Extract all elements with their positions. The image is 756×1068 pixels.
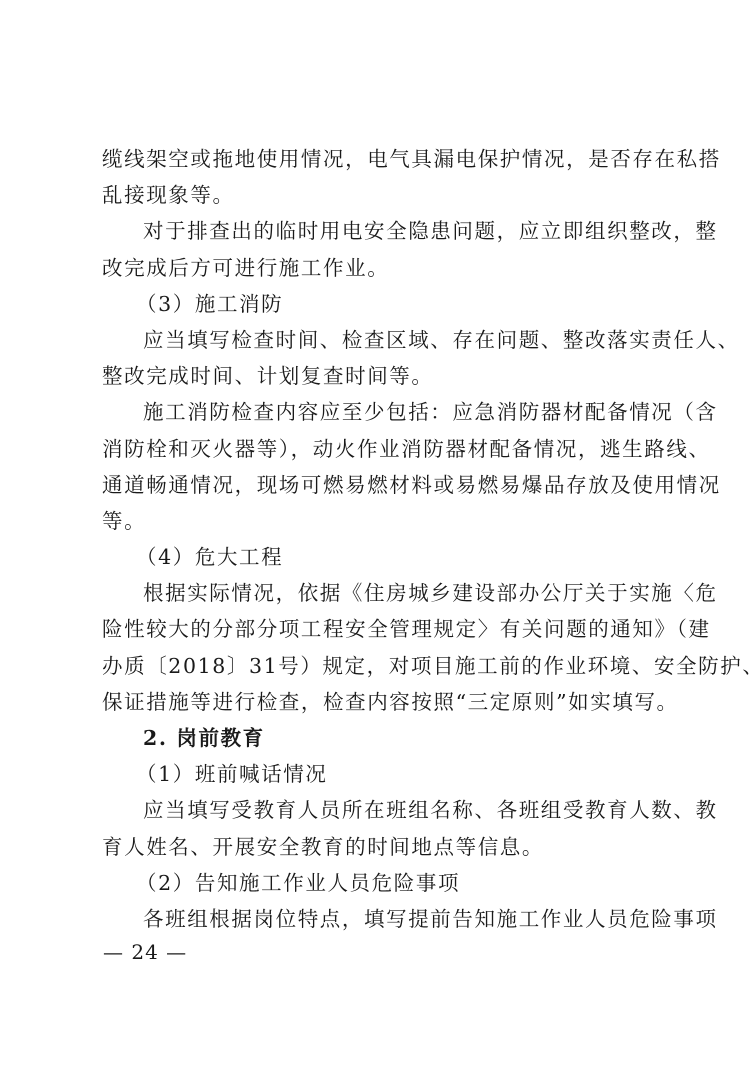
page-number: — 24 — — [103, 940, 187, 964]
document-page: 缆线架空或拖地使用情况，电气具漏电保护情况，是否存在私搭 乱接现象等。 对于排查… — [0, 0, 756, 1068]
paragraph-line: 消防栓和灭火器等），动火作业消防器材配备情况，逃生路线、 — [102, 431, 658, 467]
paragraph-line: 等。 — [102, 503, 658, 539]
section-title-pre-job-education: 2. 岗前教育 — [102, 720, 658, 756]
subsection-title-shift-briefing: （1）班前喊话情况 — [102, 756, 658, 792]
subsection-title-hazard-notice: （2）告知施工作业人员危险事项 — [102, 865, 658, 901]
paragraph-line: 乱接现象等。 — [102, 177, 658, 213]
paragraph-line: 改完成后方可进行施工作业。 — [102, 250, 658, 286]
paragraph-line: 办质〔2018〕31号）规定，对项目施工前的作业环境、安全防护、 — [102, 648, 658, 684]
paragraph-line: 应当填写检查时间、检查区域、存在问题、整改落实责任人、 — [102, 322, 658, 358]
paragraph-line: 各班组根据岗位特点，填写提前告知施工作业人员危险事项 — [102, 901, 658, 937]
subsection-title-fire-safety: （3）施工消防 — [102, 286, 658, 322]
paragraph-line: 对于排查出的临时用电安全隐患问题，应立即组织整改，整 — [102, 213, 658, 249]
subsection-title-major-hazard: （4）危大工程 — [102, 539, 658, 575]
paragraph-line: 通道畅通情况，现场可燃易燃材料或易燃易爆品存放及使用情况 — [102, 467, 658, 503]
paragraph-line: 育人姓名、开展安全教育的时间地点等信息。 — [102, 829, 658, 865]
paragraph-line: 保证措施等进行检查，检查内容按照“三定原则”如实填写。 — [102, 684, 658, 720]
page-body: 缆线架空或拖地使用情况，电气具漏电保护情况，是否存在私搭 乱接现象等。 对于排查… — [102, 141, 658, 937]
paragraph-line: 缆线架空或拖地使用情况，电气具漏电保护情况，是否存在私搭 — [102, 141, 658, 177]
paragraph-line: 应当填写受教育人员所在班组名称、各班组受教育人数、教 — [102, 792, 658, 828]
paragraph-line: 险性较大的分部分项工程安全管理规定〉有关问题的通知》（建 — [102, 611, 658, 647]
paragraph-line: 施工消防检查内容应至少包括：应急消防器材配备情况（含 — [102, 394, 658, 430]
paragraph-line: 整改完成时间、计划复查时间等。 — [102, 358, 658, 394]
paragraph-line: 根据实际情况，依据《住房城乡建设部办公厅关于实施〈危 — [102, 575, 658, 611]
